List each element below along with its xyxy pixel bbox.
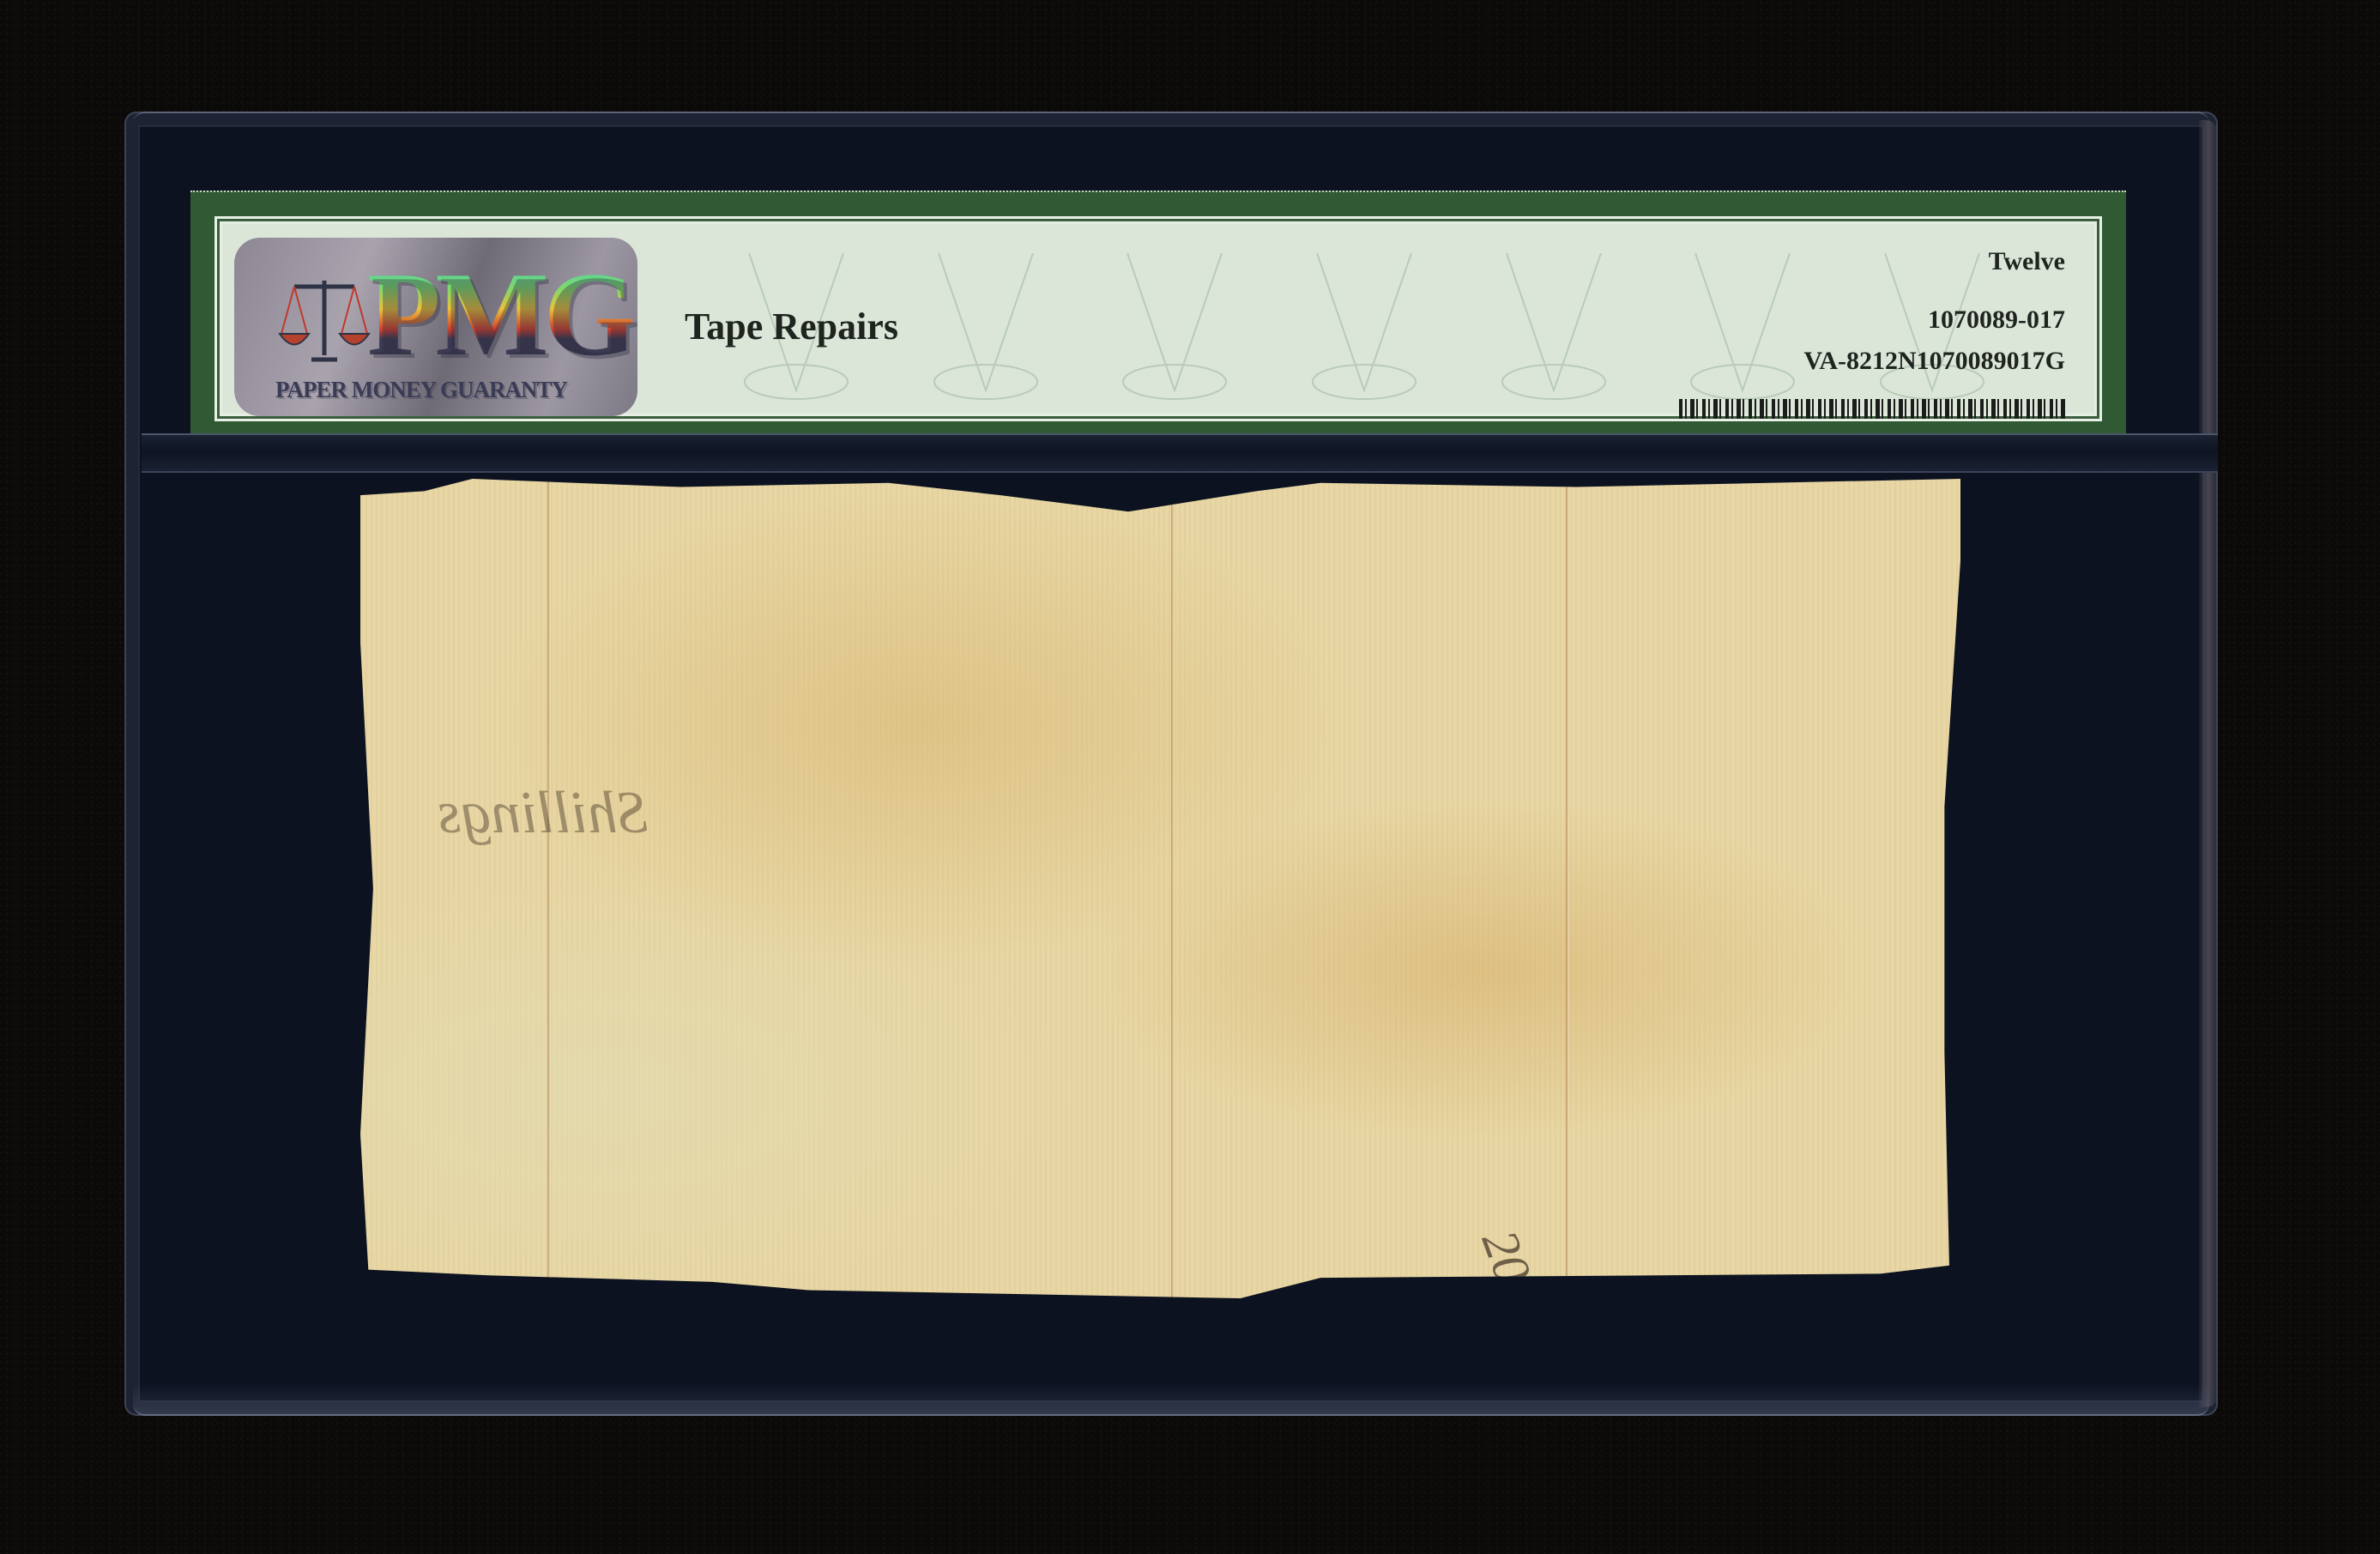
qualifier-text: Tape Repairs <box>685 305 898 348</box>
cert-number: 1070089-017 <box>1804 305 2065 336</box>
barcode-text: VA-8212N1070089017G <box>1804 346 2065 377</box>
grading-label: PMG PAPER MONEY GUARANTY Tape Repairs Tw… <box>190 190 2126 447</box>
scales-watermark-icon <box>1489 236 1618 408</box>
scales-watermark-icon <box>1678 236 1807 408</box>
fold-line <box>1566 479 1569 1298</box>
label-panel: PMG PAPER MONEY GUARANTY Tape Repairs Tw… <box>214 216 2102 421</box>
scales-watermark-icon <box>1110 236 1239 408</box>
label-details: Twelve 1070089-017 VA-8212N1070089017G <box>1804 246 2065 377</box>
scales-watermark-icon <box>921 236 1050 408</box>
pmg-logo-text: PMG <box>367 255 632 375</box>
denomination: Twelve <box>1804 246 2065 277</box>
holder-divider-rail <box>142 433 2218 473</box>
barcode <box>1679 399 2065 421</box>
fold-line <box>1171 479 1175 1298</box>
holder-bottom-edge <box>133 1383 2209 1416</box>
scales-watermark-icon <box>1300 236 1429 408</box>
banknote-back: Shillings 20/ <box>360 479 1960 1298</box>
pmg-tagline: PAPER MONEY GUARANTY <box>275 377 567 403</box>
scales-of-justice-icon <box>277 274 371 368</box>
holder-top-edge <box>133 112 2209 125</box>
fold-line <box>547 479 551 1298</box>
bleed-through-text: Shillings <box>438 779 648 848</box>
holder-right-edge <box>2199 120 2218 1407</box>
pmg-hologram: PMG PAPER MONEY GUARANTY <box>234 238 637 416</box>
